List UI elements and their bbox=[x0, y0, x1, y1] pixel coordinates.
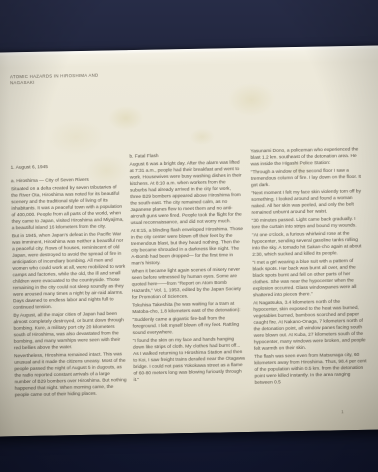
quote-paragraph: "Through a window of the second floor I … bbox=[251, 167, 364, 189]
quote-paragraph: "At one o'clock, a furious whirlwind ros… bbox=[252, 230, 365, 258]
text-column-2: b. Fatal Flash August 6 was a bright day… bbox=[129, 151, 246, 385]
paragraph: But in 1945, when Japan's defeat in the … bbox=[12, 231, 126, 311]
quote-paragraph: "I found the skin on my face and hands h… bbox=[133, 335, 247, 383]
paragraph: When it became light again scenes of mis… bbox=[131, 266, 245, 301]
page-heading: ATOMIC HAZARDS IN HIROSHIMA AND NAGASAKI bbox=[10, 71, 175, 86]
quote-paragraph: "30 minutes passed. Light came back grad… bbox=[252, 215, 365, 230]
paragraph: At Nagatsuka, 3.4 kilometers north of th… bbox=[253, 298, 367, 352]
quote-paragraph: "I met a girl wearing a blue suit with a… bbox=[252, 257, 366, 298]
quote-paragraph: "Next moment I felt my face skin violent… bbox=[251, 188, 364, 216]
text-column-3: Yasunami Dono, a policeman who experienc… bbox=[250, 146, 367, 388]
paragraph: The flash was seen even from Matsunaga c… bbox=[254, 351, 368, 386]
paragraph: Tokuhisa Takeshita (he was waiting for a… bbox=[132, 300, 245, 315]
text-column-1: 1. August 6, 1945 a. Hiroshima — City of… bbox=[11, 162, 128, 400]
paragraph: Situated on a delta created by seven tri… bbox=[11, 184, 125, 232]
paragraph: August 6 was a bright day. After the ala… bbox=[130, 159, 244, 226]
page-number: 1 bbox=[341, 409, 344, 414]
printed-content: ATOMIC HAZARDS IN HIROSHIMA AND NAGASAKI… bbox=[0, 45, 378, 437]
book-photo: ATOMIC HAZARDS IN HIROSHIMA AND NAGASAKI… bbox=[0, 0, 378, 472]
paragraph: By August, all the major cities of Japan… bbox=[13, 310, 127, 351]
book-page: ATOMIC HAZARDS IN HIROSHIMA AND NAGASAKI… bbox=[0, 45, 378, 437]
paragraph: Yasunami Dono, a policeman who experienc… bbox=[250, 146, 363, 168]
subsection-heading: a. Hiroshima — City of Seven Rivers bbox=[11, 176, 124, 185]
paragraph: At 8:15, a blinding flash enveloped Hiro… bbox=[131, 226, 245, 267]
subsection-heading: b. Fatal Flash bbox=[129, 151, 242, 160]
quote-paragraph: "Suddenly came a gigantic fire-ball from… bbox=[132, 314, 245, 336]
paragraph: Nevertheless, Hiroshima remained intact.… bbox=[14, 351, 128, 399]
section-heading: 1. August 6, 1945 bbox=[11, 162, 124, 171]
